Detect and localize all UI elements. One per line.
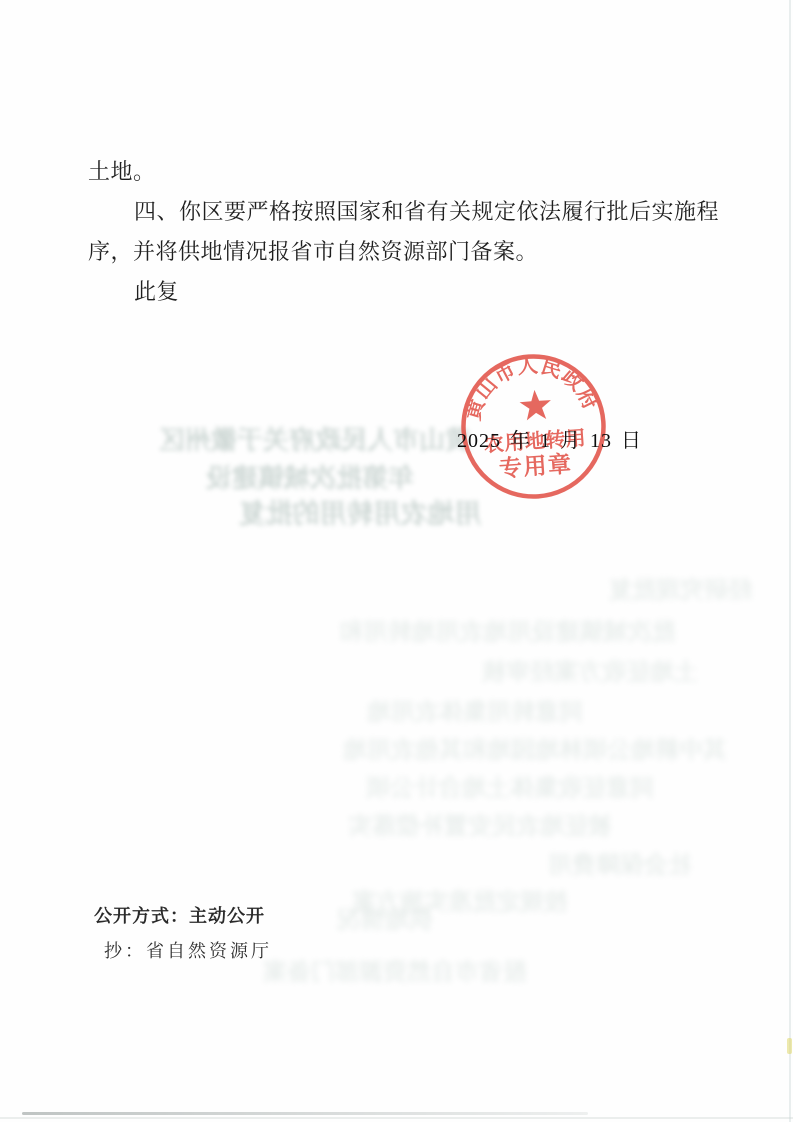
star-icon — [519, 389, 552, 421]
scan-speck-artifact — [787, 1038, 792, 1054]
body-line: 四、你区要严格按照国家和省有关规定依法履行批后实施程 — [88, 192, 713, 232]
body-line: 土地。 — [88, 152, 713, 192]
cc-line: 抄：省自然资源厅 — [104, 937, 272, 963]
bleedthrough-line: 批次城镇建设用地农用地转用和 — [315, 612, 700, 647]
publicity-line: 公开方式：主动公开 — [94, 902, 265, 928]
scan-edge-artifact — [789, 0, 791, 1122]
scan-edge-artifact — [0, 1117, 793, 1119]
bleedthrough-line: 社会保障费用 — [480, 845, 760, 880]
document-body: 土地。 四、你区要严格按照国家和省有关规定依法履行批后实施程 序，并将供地情况报… — [88, 152, 713, 312]
issue-date: 2025 年 1 月 13 日 — [457, 424, 642, 453]
bleedthrough-line: 同意征收集体土地合计公顷 — [300, 768, 720, 803]
bleedthrough-line: 其中耕地公顷林地园地和其他农用地 — [310, 730, 760, 765]
body-line: 序，并将供地情况报省市自然资源部门备案。 — [88, 232, 713, 272]
bleedthrough-line: 黄山市人民政府关于徽州区 — [150, 420, 480, 457]
bleedthrough-line: 年第批次城镇建设 — [195, 458, 425, 495]
bleedthrough-line: 报省市自然资源部门备案 — [250, 952, 540, 987]
body-line: 此复 — [88, 272, 713, 312]
bleedthrough-line: 供地情况 — [300, 900, 470, 935]
seal-line2: 专用章 — [498, 450, 573, 481]
bleedthrough-line: 用地农用转用的批复 — [235, 492, 485, 531]
bleedthrough-line: 同意转用集体农用地 — [310, 692, 640, 727]
bleedthrough-line: 按规定批准实施方案 — [300, 882, 620, 917]
scan-edge-artifact — [22, 1112, 588, 1115]
bleedthrough-line: 经研究现批复 — [600, 570, 760, 605]
bleedthrough-line: 被征地农民安置补偿落实 — [300, 806, 660, 841]
bleedthrough-line: 土地征收方案经审核 — [420, 652, 760, 687]
document-page: 黄山市人民政府关于徽州区 年第批次城镇建设 用地农用转用的批复 经研究现批复 批… — [0, 0, 793, 1122]
